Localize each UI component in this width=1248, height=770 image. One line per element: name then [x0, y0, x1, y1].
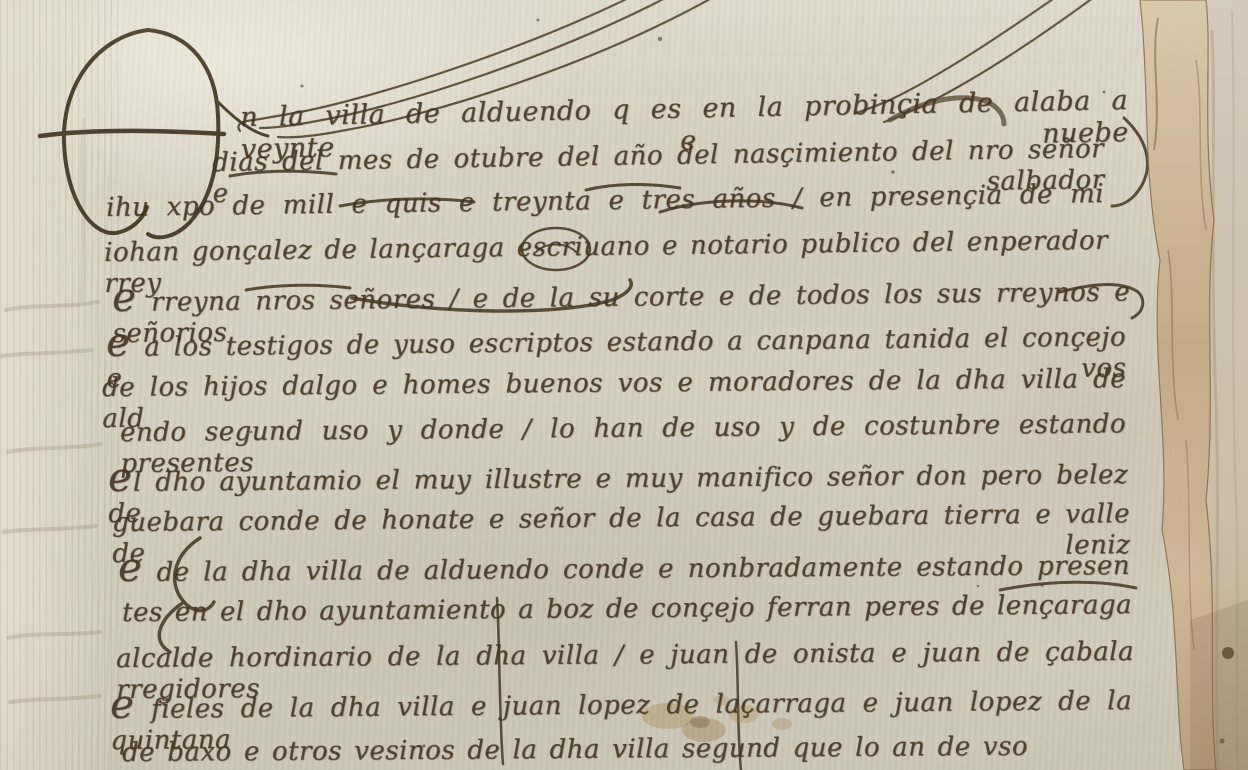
torn-right-edge [1140, 0, 1248, 770]
show-through-ghost-strokes [2, 120, 100, 702]
manuscript-line: de baxo e otros vesinos de la dha villa … [122, 732, 1028, 770]
manuscript-line: e de la dha villa de alduendo conde e no… [118, 546, 1130, 589]
manuscript-page: n la villa de alduendo q es en la probin… [0, 0, 1248, 770]
